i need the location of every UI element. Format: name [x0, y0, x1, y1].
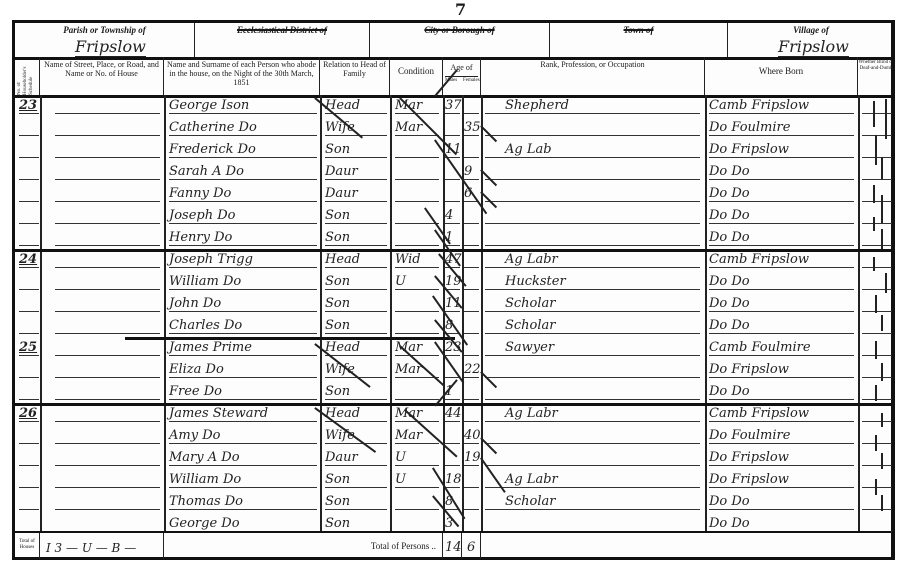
where-born: Do Foulmire [709, 428, 790, 443]
where-born: Do Do [709, 494, 750, 509]
col-age: Age of Males Females [443, 57, 481, 95]
blind-deaf-header: Whether Blind or Deaf-and-Dumb [858, 60, 894, 72]
occupation: Scholar [505, 494, 556, 509]
relation: Head [325, 252, 360, 267]
page-number: 7 [455, 0, 466, 19]
where-born: Do Do [709, 208, 750, 223]
age-header: Age of [443, 63, 480, 72]
parish-label: Parish or Township of [15, 25, 194, 35]
table-row: 26James StewardHeadMar44Ag LabrCamb Frip… [15, 403, 891, 425]
total-houses-cell: I 3 — U — B — [40, 533, 164, 559]
occupation: Ag Labr [505, 406, 558, 421]
occupation: Shepherd [505, 98, 569, 113]
total-persons-label: Total of Persons .. [371, 541, 436, 551]
relation: Son [325, 230, 350, 245]
where-born: Camb Fripslow [709, 406, 809, 421]
male-age: 44 [445, 406, 462, 421]
relation: Daur [325, 450, 358, 465]
female-age: 40 [464, 428, 481, 443]
condition: Wid [395, 252, 421, 267]
relation: Wife [325, 428, 355, 443]
schedule-number: 23 [19, 98, 37, 113]
where-born: Do Do [709, 384, 750, 399]
relation-header: Relation to Head of Family [320, 60, 389, 78]
person-name: Henry Do [169, 230, 232, 245]
occupation: Ag Labr [505, 472, 558, 487]
where-born: Do Do [709, 274, 750, 289]
relation: Daur [325, 186, 358, 201]
person-name: James Steward [169, 406, 268, 421]
village-value: Fripslow [778, 37, 849, 57]
schedule-header: No. of Householder's Schedule [17, 61, 35, 95]
condition: U [395, 274, 406, 289]
female-age: 22 [464, 362, 481, 377]
where-born-header: Where Born [705, 67, 857, 76]
relation: Head [325, 340, 360, 355]
census-sheet: Parish or Township of Fripslow Ecclesias… [12, 20, 895, 560]
where-born: Do Do [709, 230, 750, 245]
total-females-cell: 6 [462, 533, 481, 559]
total-males: 14 [445, 540, 462, 555]
table-row: 23George IsonHeadMar37ShepherdCamb Frips… [15, 95, 891, 117]
occupation: Huckster [505, 274, 566, 289]
person-name: James Prime [169, 340, 252, 355]
condition-header: Condition [390, 67, 442, 76]
table-row: Henry DoSon1Do Do [15, 227, 891, 249]
street-header: Name of Street, Place, or Road, and Name… [40, 60, 163, 78]
person-name: William Do [169, 274, 241, 289]
city-label: City or Borough of [370, 25, 549, 35]
col-condition: Condition [390, 57, 443, 95]
person-name: George Do [169, 516, 240, 531]
ecclesiastical-cell: Ecclesiastical District of [195, 23, 370, 57]
occupation: Ag Labr [505, 252, 558, 267]
person-name: William Do [169, 472, 241, 487]
female-age: 9 [464, 164, 472, 179]
table-row: Amy DoWifeMar40Do Foulmire [15, 425, 891, 447]
where-born: Camb Fripslow [709, 252, 809, 267]
schedule-number: 24 [19, 252, 37, 267]
person-name: Charles Do [169, 318, 242, 333]
person-name: Fanny Do [169, 186, 231, 201]
total-houses-value: I 3 — U — B — [46, 541, 136, 555]
col-where-born: Where Born [705, 57, 858, 95]
relation: Son [325, 472, 350, 487]
village-label: Village of [728, 25, 894, 35]
col-schedule: No. of Householder's Schedule [15, 57, 40, 95]
table-row: Fanny DoDaur6Do Do [15, 183, 891, 205]
col-relation: Relation to Head of Family [320, 57, 390, 95]
total-houses-label: Total of Houses [17, 539, 37, 551]
total-females: 6 [467, 540, 475, 555]
parish-value: Fripslow [75, 37, 146, 57]
col-street: Name of Street, Place, or Road, and Name… [40, 57, 164, 95]
relation: Son [325, 142, 350, 157]
relation: Son [325, 296, 350, 311]
person-name: Thomas Do [169, 494, 243, 509]
male-age: 4 [445, 208, 453, 223]
person-name: Joseph Trigg [169, 252, 253, 267]
town-cell: Town of [550, 23, 728, 57]
relation: Son [325, 516, 350, 531]
name-header: Name and Surname of each Person who abod… [164, 60, 319, 87]
col-blind-deaf: Whether Blind or Deaf-and-Dumb [858, 57, 894, 95]
occupation: Scholar [505, 296, 556, 311]
table-row: Joseph DoSon4Do Do [15, 205, 891, 227]
schedule-number: 25 [19, 340, 37, 355]
person-name: Free Do [169, 384, 222, 399]
col-occupation: Rank, Profession, or Occupation [481, 57, 705, 95]
person-name: Joseph Do [169, 208, 235, 223]
relation: Son [325, 384, 350, 399]
occupation: Scholar [505, 318, 556, 333]
person-name: George Ison [169, 98, 249, 113]
person-name: John Do [169, 296, 221, 311]
village-cell: Village of Fripslow [728, 23, 894, 57]
person-name: Amy Do [169, 428, 220, 443]
town-label: Town of [550, 25, 727, 35]
person-name: Sarah A Do [169, 164, 244, 179]
parish-cell: Parish or Township of Fripslow [15, 23, 195, 57]
relation: Son [325, 494, 350, 509]
condition: Mar [395, 120, 422, 135]
where-born: Camb Fripslow [709, 98, 809, 113]
male-age: 37 [445, 98, 462, 113]
person-name: Catherine Do [169, 120, 257, 135]
totals-row: Total of Houses I 3 — U — B — Total of P… [15, 531, 891, 559]
female-age: 35 [464, 120, 481, 135]
person-name: Mary A Do [169, 450, 240, 465]
condition: U [395, 472, 406, 487]
table-row: Mary A DoDaurU19Do Fripslow [15, 447, 891, 469]
total-houses-label-cell: Total of Houses [15, 533, 40, 559]
table-row: 24Joseph TriggHeadWid47Ag LabrCamb Frips… [15, 249, 891, 271]
total-males-cell: 14 [443, 533, 462, 559]
where-born: Do Fripslow [709, 362, 789, 377]
relation: Son [325, 318, 350, 333]
condition: Mar [395, 428, 422, 443]
ecclesiastical-label: Ecclesiastical District of [195, 25, 369, 35]
relation: Son [325, 208, 350, 223]
where-born: Do Do [709, 296, 750, 311]
census-entries: 23George IsonHeadMar37ShepherdCamb Frips… [15, 95, 891, 531]
city-cell: City or Borough of [370, 23, 550, 57]
where-born: Do Do [709, 516, 750, 531]
column-headers: No. of Householder's Schedule Name of St… [15, 57, 891, 98]
occupation-header: Rank, Profession, or Occupation [481, 60, 704, 69]
occupation: Sawyer [505, 340, 554, 355]
person-name: Eliza Do [169, 362, 224, 377]
where-born: Do Do [709, 318, 750, 333]
where-born: Do Fripslow [709, 472, 789, 487]
relation: Daur [325, 164, 358, 179]
where-born: Do Do [709, 186, 750, 201]
where-born: Do Foulmire [709, 120, 790, 135]
where-born: Do Fripslow [709, 142, 789, 157]
age-females-header: Females [463, 78, 480, 83]
table-row: William DoSonU19HucksterDo Do [15, 271, 891, 293]
condition: Mar [395, 362, 422, 377]
where-born: Do Fripslow [709, 450, 789, 465]
occupation: Ag Lab [505, 142, 552, 157]
relation: Son [325, 274, 350, 289]
total-persons-label-cell: Total of Persons .. [164, 533, 443, 559]
where-born: Camb Foulmire [709, 340, 811, 355]
district-header: Parish or Township of Fripslow Ecclesias… [15, 23, 891, 60]
table-row: William DoSonU18Ag LabrDo Fripslow [15, 469, 891, 491]
person-name: Frederick Do [169, 142, 256, 157]
schedule-number: 26 [19, 406, 37, 421]
where-born: Do Do [709, 164, 750, 179]
female-age: 19 [464, 450, 481, 465]
male-age: 18 [445, 472, 462, 487]
col-name: Name and Surname of each Person who abod… [164, 57, 320, 95]
table-row: Catherine DoWifeMar35Do Foulmire [15, 117, 891, 139]
condition: U [395, 450, 406, 465]
